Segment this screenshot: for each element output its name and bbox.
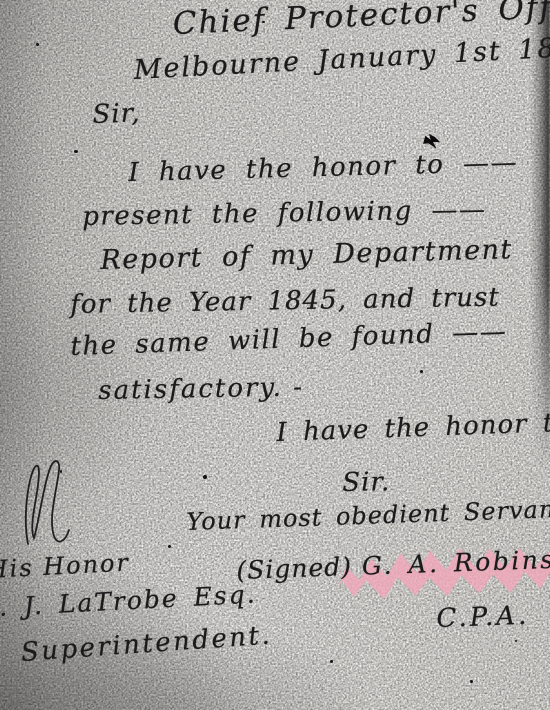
ink-speck xyxy=(420,370,423,373)
addressee-honor: His Honor xyxy=(0,548,131,583)
body-line: satisfactory. - xyxy=(98,372,304,406)
body-line: I have the honor to —— xyxy=(128,148,518,188)
signature-title-abbrev: C.P.A. xyxy=(436,601,530,634)
ink-speck xyxy=(470,680,473,683)
scanned-letter-page: Chief Protector's Office Melbourne Janua… xyxy=(0,0,550,710)
ink-speck xyxy=(203,475,207,479)
closing-honor-line: I have the honor to be xyxy=(276,406,550,448)
body-line: the same will be found —— xyxy=(70,317,508,362)
ink-speck xyxy=(515,640,517,642)
ink-speck xyxy=(60,470,62,473)
margin-scribble-mark xyxy=(14,452,84,562)
ink-speck xyxy=(330,660,333,663)
ink-blot-mark xyxy=(423,133,442,149)
addressee-name: C. J. LaTrobe Esq. xyxy=(0,579,257,623)
body-line: Report of my Department xyxy=(100,234,513,276)
ink-speck xyxy=(168,545,171,548)
ink-speck xyxy=(36,43,39,46)
salutation: Sir, xyxy=(92,98,141,130)
addressee-superintendent: Superintendent. xyxy=(20,620,273,667)
ink-speck xyxy=(74,150,78,153)
body-line: present the following —— xyxy=(82,195,487,232)
closing-sir-line: Sir. xyxy=(342,467,390,498)
body-line: for the Year 1845, and trust xyxy=(70,283,500,320)
closing-servant-line: Your most obedient Servant xyxy=(186,495,550,536)
